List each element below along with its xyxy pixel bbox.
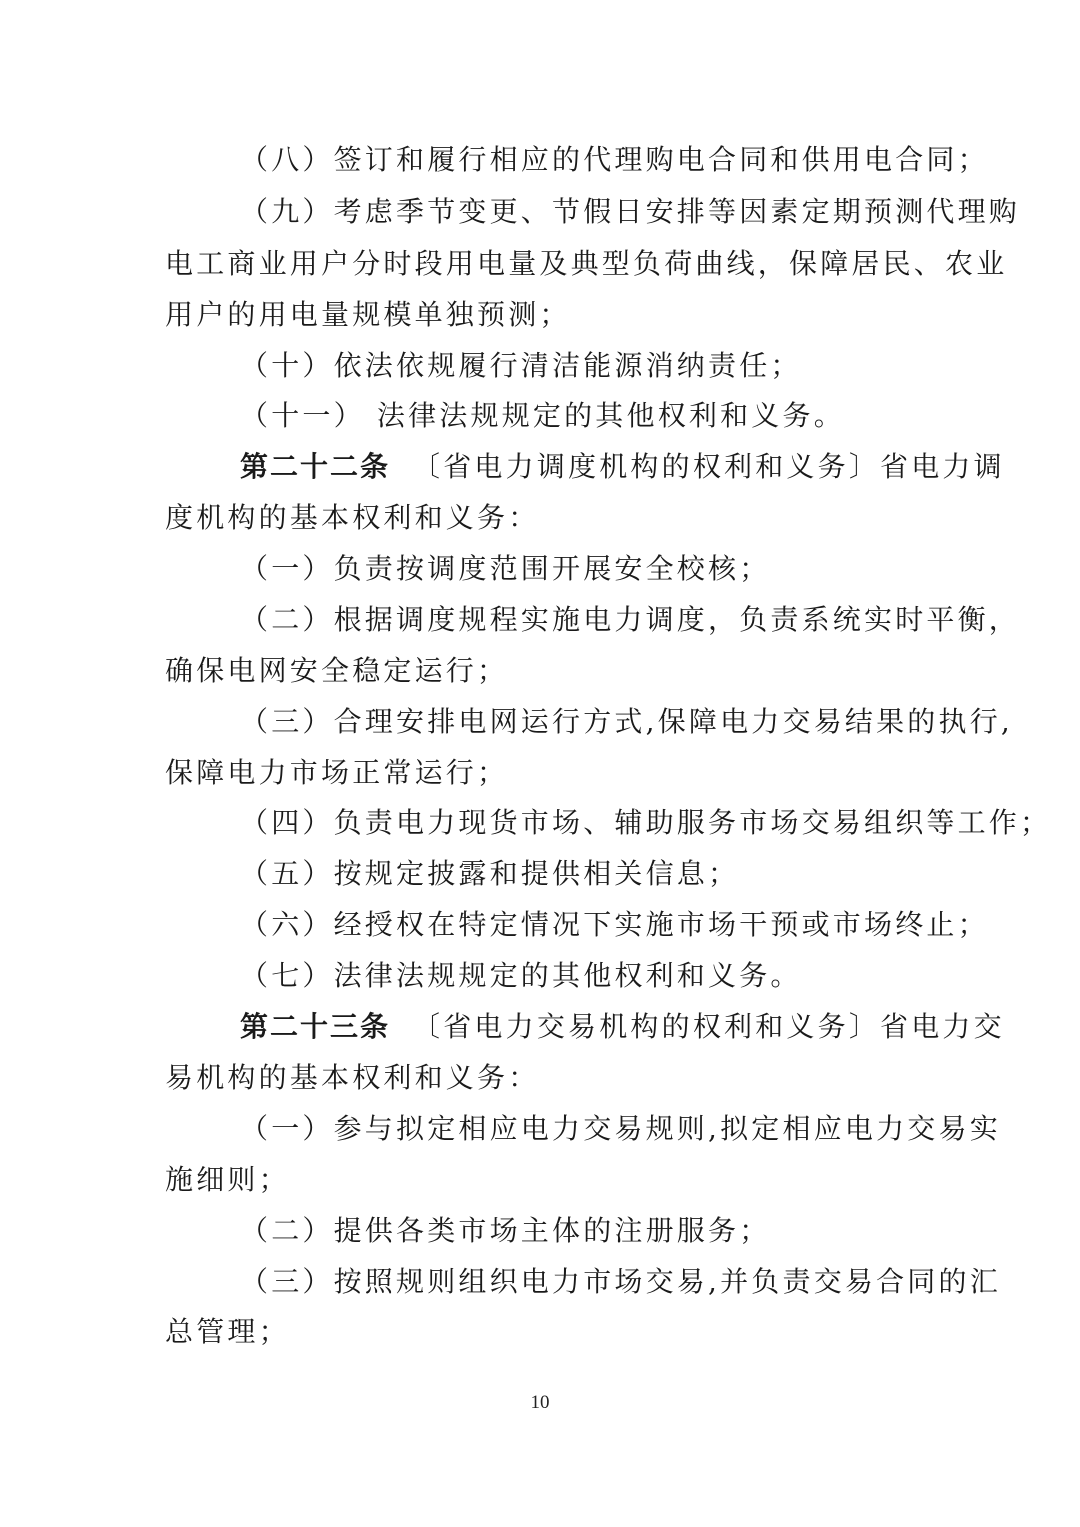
article-23-heading: 第二十三条〔省电力交易机构的权利和义务〕省电力交 xyxy=(240,1007,930,1047)
article-22-heading: 第二十二条〔省电力调度机构的权利和义务〕省电力调 xyxy=(240,447,930,487)
article-23-item-3: （三）按照规则组织电力市场交易,并负责交易合同的汇 xyxy=(240,1262,930,1302)
article-23-continued: 易机构的基本权利和义务： xyxy=(165,1058,925,1098)
page-number: 10 xyxy=(0,1392,1080,1414)
article-22-item-7: （七）法律法规规定的其他权利和义务。 xyxy=(240,956,930,996)
list-item-9-continued: 用户的用电量规模单独预测； xyxy=(165,295,925,335)
list-item-10: （十）依法依规履行清洁能源消纳责任； xyxy=(240,346,930,386)
article-number: 第二十三条 xyxy=(240,1010,390,1043)
article-22-item-3: （三）合理安排电网运行方式,保障电力交易结果的执行, xyxy=(240,702,930,742)
article-22-item-2-continued: 确保电网安全稳定运行； xyxy=(165,651,925,691)
article-number: 第二十二条 xyxy=(240,450,390,483)
article-22-item-2: （二）根据调度规程实施电力调度，负责系统实时平衡， xyxy=(240,600,930,640)
article-23-item-1-continued: 施细则； xyxy=(165,1160,925,1200)
article-22-item-5: （五）按规定披露和提供相关信息； xyxy=(240,854,930,894)
article-title: 〔省电力调度机构的权利和义务〕省电力调 xyxy=(412,450,1005,483)
list-item-9: （九）考虑季节变更、节假日安排等因素定期预测代理购 xyxy=(240,192,930,232)
list-item-9-continued: 电工商业用户分时段用电量及典型负荷曲线，保障居民、农业 xyxy=(165,244,925,284)
list-item-11: （十一） 法律法规规定的其他权利和义务。 xyxy=(240,396,930,436)
article-22-item-4: （四）负责电力现货市场、辅助服务市场交易组织等工作； xyxy=(240,803,930,843)
article-22-item-3-continued: 保障电力市场正常运行； xyxy=(165,753,925,793)
article-22-continued: 度机构的基本权利和义务： xyxy=(165,498,925,538)
article-title: 〔省电力交易机构的权利和义务〕省电力交 xyxy=(412,1010,1005,1043)
article-23-item-2: （二）提供各类市场主体的注册服务； xyxy=(240,1211,930,1251)
list-item-8: （八）签订和履行相应的代理购电合同和供用电合同； xyxy=(240,140,930,180)
article-22-item-1: （一）负责按调度范围开展安全校核； xyxy=(240,549,930,589)
article-23-item-1: （一）参与拟定相应电力交易规则,拟定相应电力交易实 xyxy=(240,1109,930,1149)
document-page: （八）签订和履行相应的代理购电合同和供用电合同； （九）考虑季节变更、节假日安排… xyxy=(0,0,1080,1527)
article-22-item-6: （六）经授权在特定情况下实施市场干预或市场终止； xyxy=(240,905,930,945)
article-23-item-3-continued: 总管理； xyxy=(165,1312,925,1352)
